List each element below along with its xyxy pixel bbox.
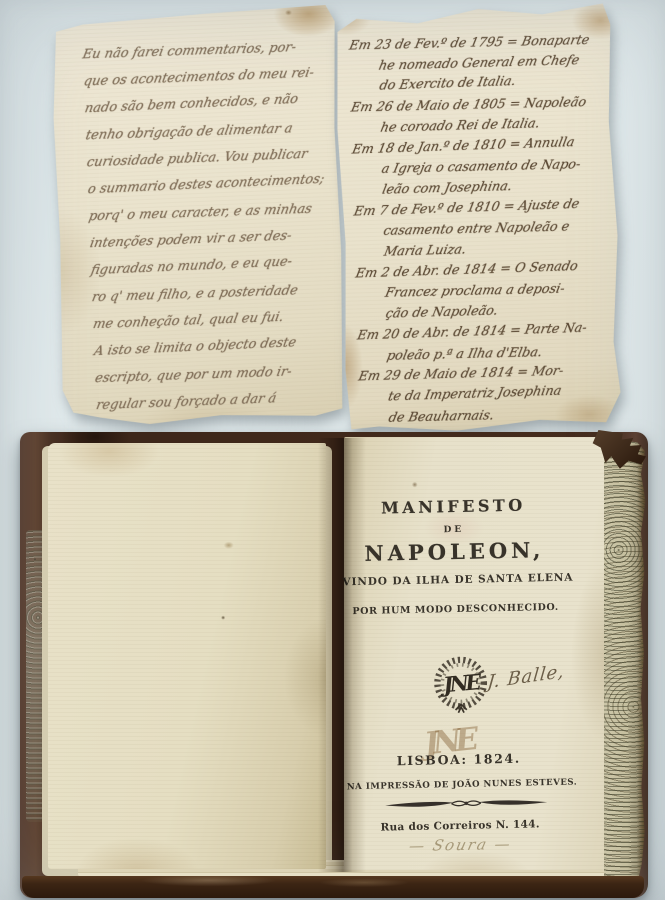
photo-scene: Eu não farei commentarios, por- que os a… <box>0 0 665 900</box>
book-title-line-2: DE <box>341 523 566 538</box>
book-bottom-cover-edge <box>22 876 644 898</box>
title-page-content: MANIFESTO DE NAPOLEON, VINDO DA ILHA DE … <box>339 435 573 873</box>
book-fore-edge <box>604 438 646 886</box>
swelled-rule-ornament <box>383 795 549 812</box>
imprint-address: Rua dos Correiros N. 144. <box>348 818 573 835</box>
book-subtitle-line-2: POR HUM MODO DESCONHECIDO. <box>343 602 568 618</box>
owner-inscription: — Soura — <box>346 834 575 857</box>
imprint-printer: NA IMPRESSÃO DE JOÃO NUNES ESTEVES. <box>347 778 572 793</box>
printed-book: MANIFESTO DE NAPOLEON, VINDO DA ILHA DE … <box>20 432 648 898</box>
manuscript-left-text: Eu não farei commentarios, por- que os a… <box>48 5 350 428</box>
book-title-line-1: MANIFESTO <box>341 495 566 519</box>
manuscript-page-left: Eu não farei commentarios, por- que os a… <box>48 5 350 428</box>
book-blank-page <box>48 443 326 869</box>
book-title-line-3: NAPOLEON, <box>342 537 567 567</box>
manuscript-right-text: Em 23 de Fev.º de 1795 = Bonaparte he no… <box>334 3 623 434</box>
book-gutter-shadow <box>318 438 366 872</box>
book-subtitle-line-1: VINDO DA ILHA DE SANTA ELENA <box>342 572 567 589</box>
manuscript-page-right: Em 23 de Fev.º de 1795 = Bonaparte he no… <box>334 3 623 434</box>
book-title-page: MANIFESTO DE NAPOLEON, VINDO DA ILHA DE … <box>344 437 606 870</box>
printer-monogram: JNE <box>438 669 483 698</box>
imprint-city-year: LISBOA: 1824. <box>346 750 571 770</box>
